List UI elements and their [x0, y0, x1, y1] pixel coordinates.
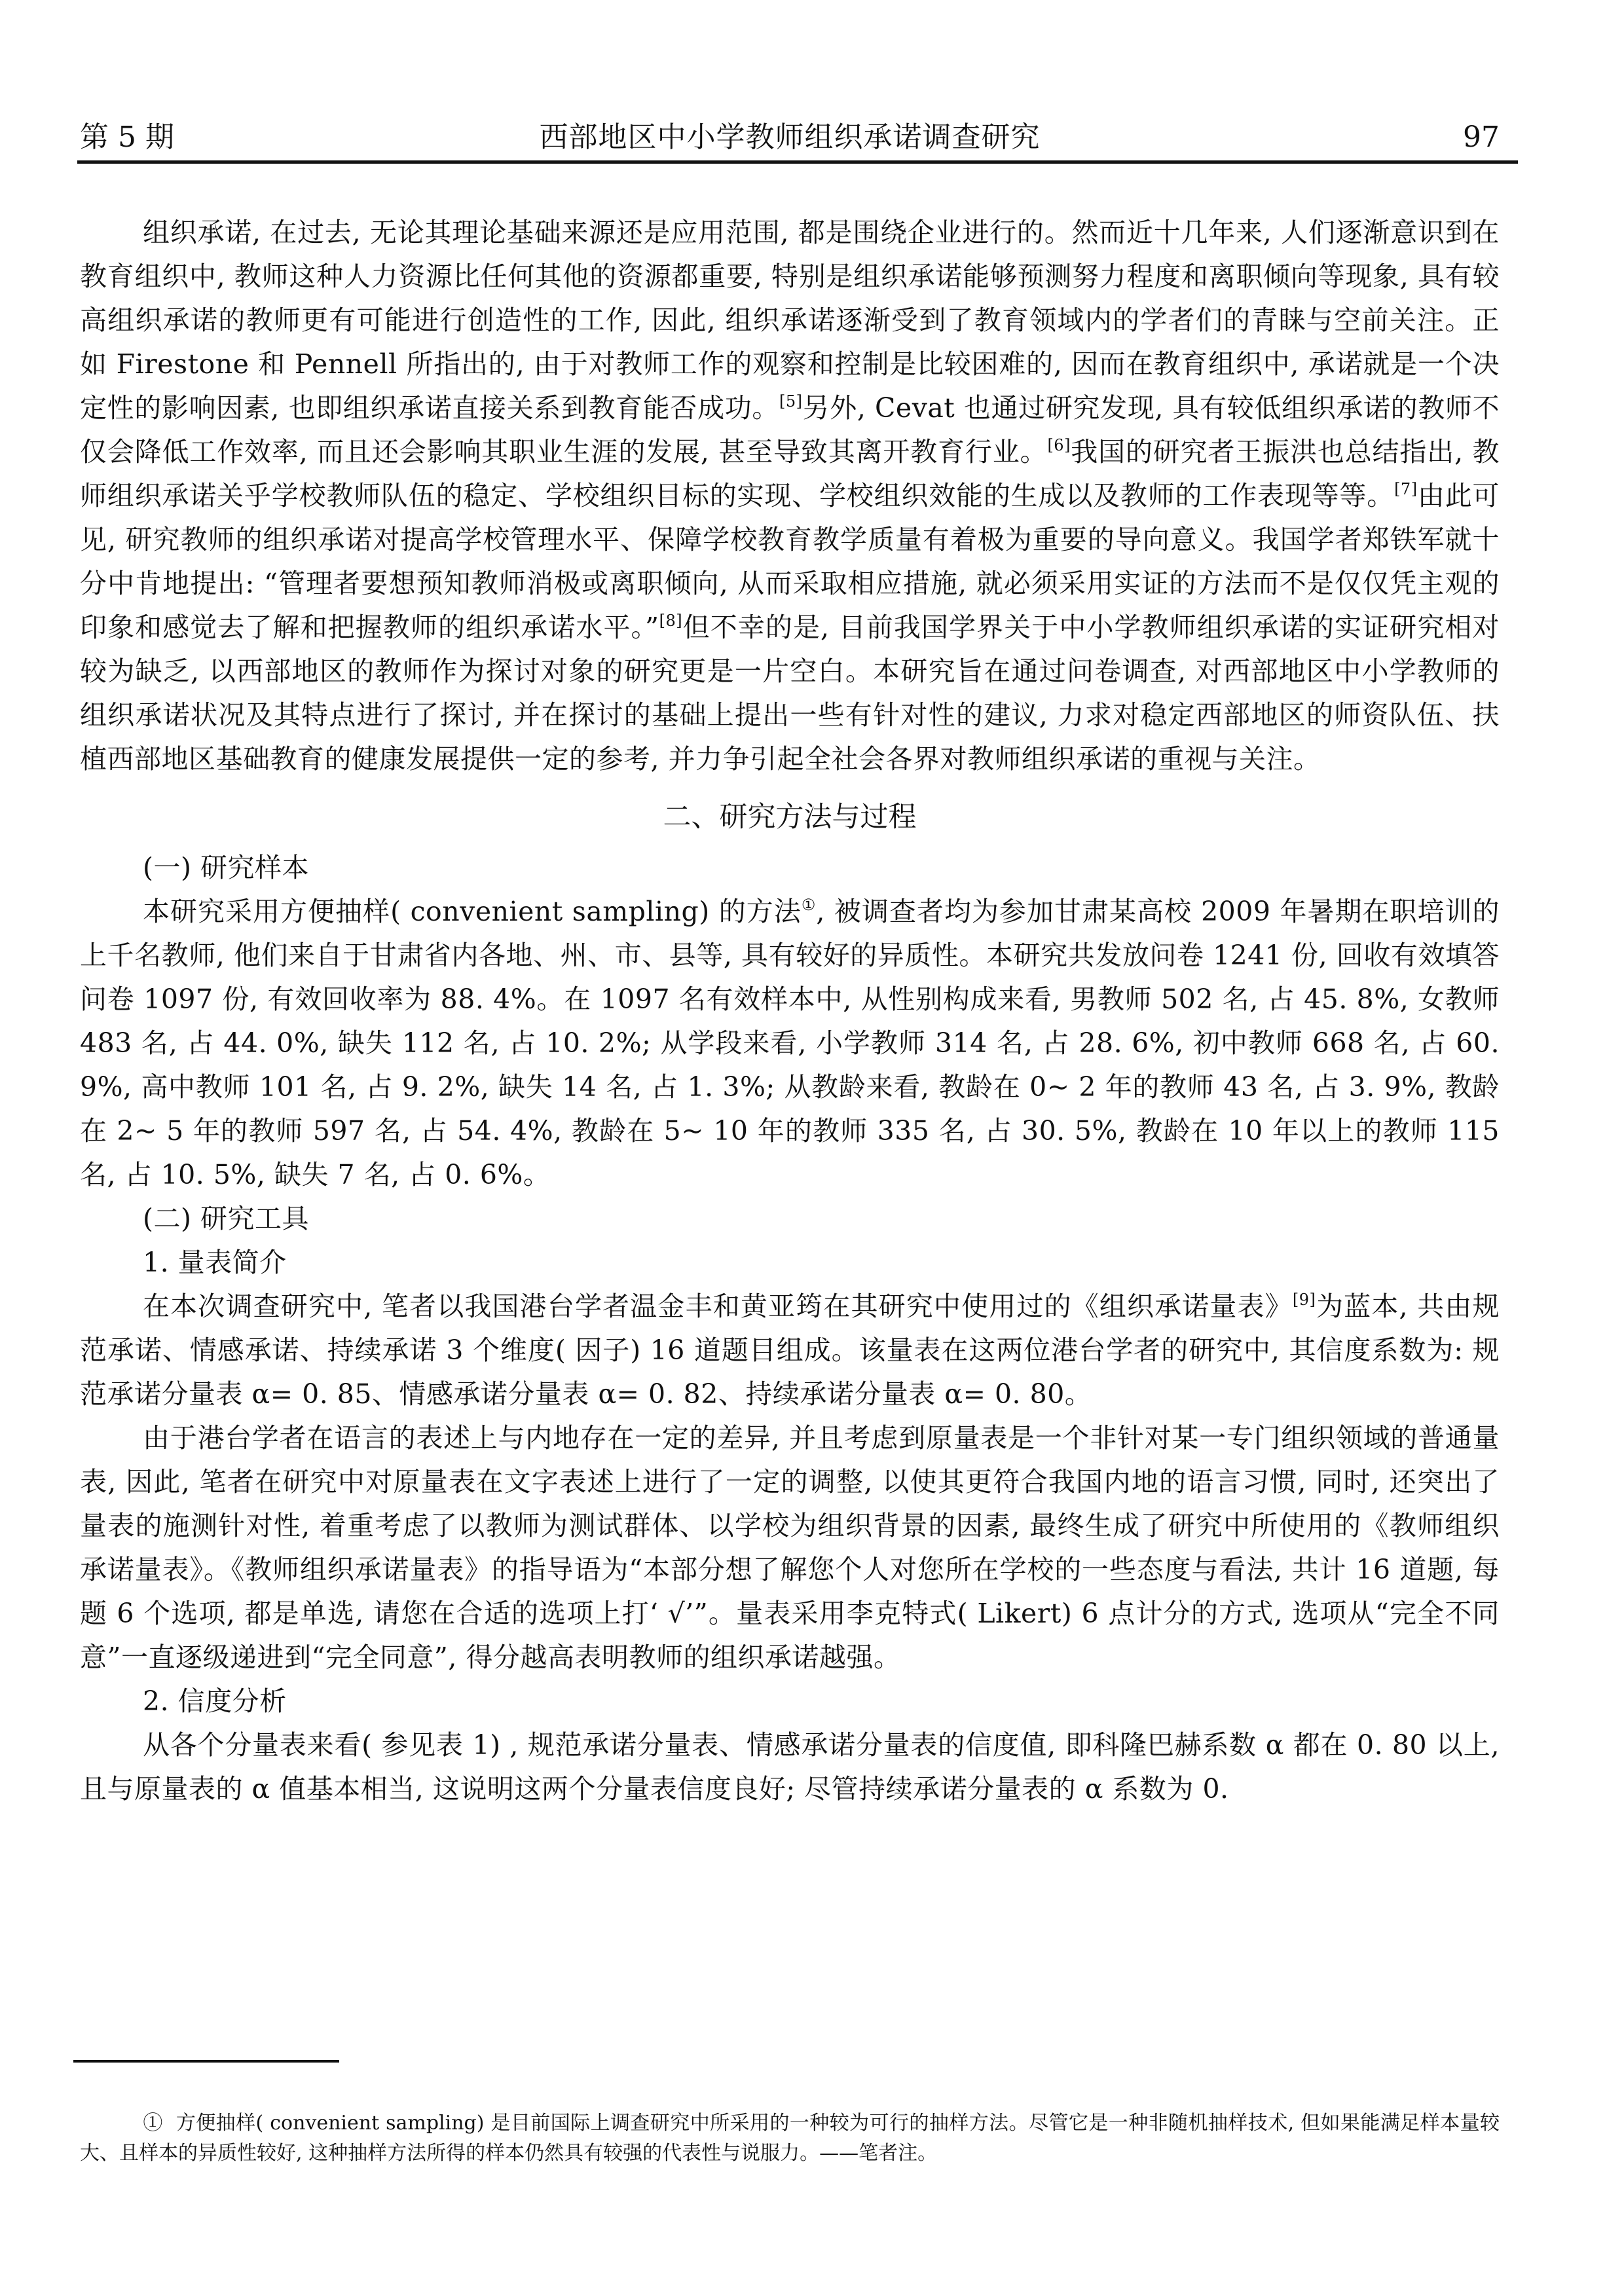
sample-paragraph: 本研究采用方便抽样( convenient sampling) 的方法①, 被调… [80, 890, 1500, 1197]
running-head: 第 5 期 西部地区中小学教师组织承诺调查研究 97 [80, 119, 1500, 156]
footnote-ref[interactable]: ① [802, 896, 817, 914]
reliability-paragraph: 从各个分量表来看( 参见表 1) , 规范承诺分量表、情感承诺分量表的信度值, … [80, 1723, 1500, 1811]
page-number: 97 [1463, 119, 1500, 156]
subsection-heading: (一) 研究样本 [80, 846, 1500, 890]
subsection-heading: (二) 研究工具 [80, 1197, 1500, 1241]
citation-ref: [8] [659, 612, 683, 630]
journal-page: 第 5 期 西部地区中小学教师组织承诺调查研究 97 组织承诺, 在过去, 无论… [0, 0, 1624, 2295]
text-run: 本研究采用方便抽样( convenient sampling) 的方法 [143, 896, 802, 927]
footnote-rule [73, 2060, 339, 2063]
article-body: 组织承诺, 在过去, 无论其理论基础来源还是应用范围, 都是围绕企业进行的。然而… [80, 211, 1500, 1811]
footnote-text: 方便抽样( convenient sampling) 是目前国际上调查研究中所采… [80, 2112, 1500, 2165]
scale-paragraph: 在本次调查研究中, 笔者以我国港台学者温金丰和黄亚筠在其研究中使用过的《组织承诺… [80, 1285, 1500, 1416]
citation-ref: [9] [1293, 1291, 1316, 1309]
header-rule [77, 160, 1518, 164]
citation-ref: [7] [1394, 480, 1418, 498]
footnote: ① 方便抽样( convenient sampling) 是目前国际上调查研究中… [80, 2108, 1500, 2169]
running-title: 西部地区中小学教师组织承诺调查研究 [80, 119, 1500, 156]
intro-paragraph: 组织承诺, 在过去, 无论其理论基础来源还是应用范围, 都是围绕企业进行的。然而… [80, 211, 1500, 781]
scale-adjustment-paragraph: 由于港台学者在语言的表述上与内地存在一定的差异, 并且考虑到原量表是一个非针对某… [80, 1416, 1500, 1680]
footnote-marker: ① [143, 2112, 163, 2135]
section-heading: 二、研究方法与过程 [80, 796, 1500, 839]
item-heading: 2. 信度分析 [80, 1680, 1500, 1723]
item-heading: 1. 量表简介 [80, 1241, 1500, 1285]
citation-ref: [6] [1047, 436, 1071, 454]
text-run: , 被调查者均为参加甘肃某高校 2009 年暑期在职培训的上千名教师, 他们来自… [80, 896, 1500, 1190]
text-run: 在本次调查研究中, 笔者以我国港台学者温金丰和黄亚筠在其研究中使用过的《组织承诺… [143, 1291, 1293, 1322]
citation-ref: [5] [779, 392, 803, 411]
